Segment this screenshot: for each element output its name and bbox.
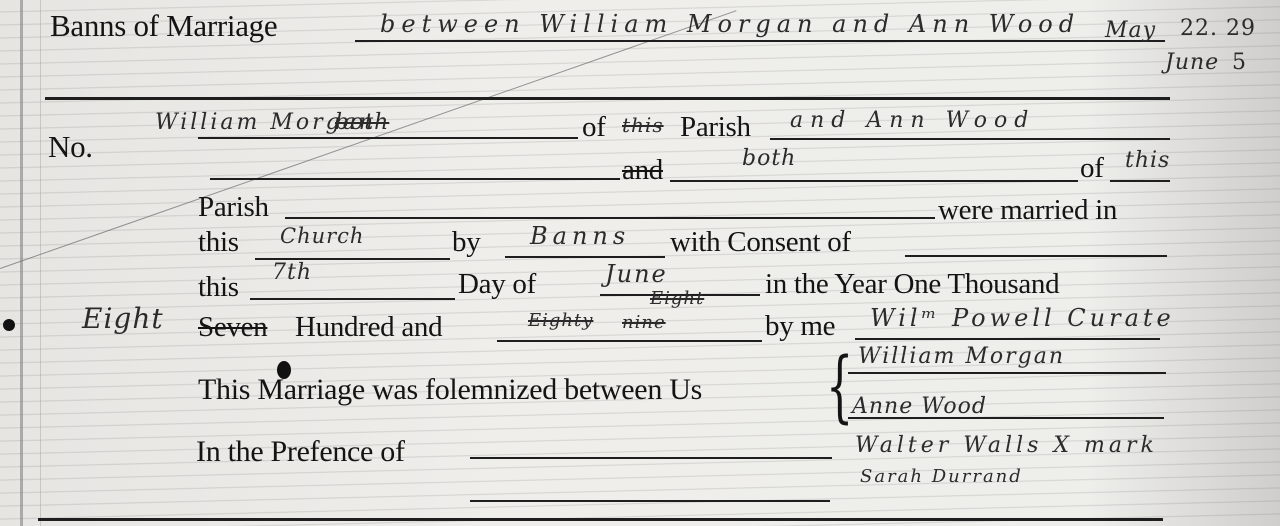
year-label: in the Year One Thousand bbox=[765, 270, 1059, 299]
parish-label: Parish bbox=[680, 113, 751, 142]
line2-rule-mid bbox=[670, 180, 1078, 182]
line2-rule-right bbox=[1110, 180, 1170, 182]
were-married-label: were married in bbox=[938, 196, 1117, 225]
groom-rule bbox=[198, 137, 578, 139]
day-rule bbox=[250, 298, 455, 300]
banns-method: Banns bbox=[530, 224, 630, 248]
witness-2: Sarah Durrand bbox=[860, 468, 1023, 486]
groom-sig-rule bbox=[848, 372, 1166, 374]
bride-sig-rule bbox=[848, 417, 1164, 419]
year-rule bbox=[497, 340, 762, 342]
presence-label: In the Prefence of bbox=[196, 437, 405, 467]
hundred-and-label: Hundred and bbox=[295, 313, 442, 342]
left-margin-rule-inner bbox=[40, 0, 41, 526]
line3-rule bbox=[285, 217, 935, 219]
bride-name: and Ann Wood bbox=[790, 110, 1035, 132]
consent-rule bbox=[905, 255, 1167, 257]
couple-brace: { bbox=[826, 348, 853, 426]
margin-note-eight: Eight bbox=[82, 305, 164, 333]
bride-rule bbox=[770, 138, 1170, 140]
struck-both: both bbox=[335, 112, 389, 134]
line2-rule-left bbox=[210, 178, 620, 180]
year-eight-above: Eight bbox=[650, 290, 704, 308]
banns-month-1: May bbox=[1105, 20, 1156, 42]
by-label: by bbox=[452, 228, 480, 257]
witness-rule-1 bbox=[470, 457, 832, 459]
margin-ink-dot bbox=[3, 319, 15, 331]
officiant-signature: Wilᵐ Powell Curate bbox=[870, 306, 1175, 330]
solemnized-label: This Marriage was folemnized between Us bbox=[198, 375, 702, 405]
bride-signature: Anne Wood bbox=[852, 396, 987, 418]
witness-1: Walter Walls X mark bbox=[855, 435, 1158, 457]
this-text: this bbox=[1125, 150, 1170, 172]
this-label: this bbox=[198, 228, 239, 257]
month-text: June bbox=[605, 262, 668, 286]
banns-title: Banns of Marriage bbox=[50, 10, 277, 41]
witness-rule-2 bbox=[470, 500, 830, 502]
banns-month-2: June bbox=[1165, 52, 1219, 74]
day-of-label: Day of bbox=[458, 270, 536, 299]
and-label: and bbox=[622, 156, 663, 185]
banns-names: between William Morgan and Ann Wood bbox=[380, 12, 1080, 36]
day-text: 7th bbox=[272, 262, 312, 284]
this-label-2: this bbox=[198, 273, 239, 302]
church-text: Church bbox=[280, 226, 364, 247]
consent-label: with Consent of bbox=[670, 228, 851, 257]
method-rule bbox=[505, 256, 665, 258]
banns-dates-2: 5 bbox=[1232, 52, 1247, 74]
entry-number-label: No. bbox=[48, 131, 93, 162]
entry-bottom-rule bbox=[38, 518, 1163, 521]
of-label: of bbox=[582, 113, 606, 142]
officiant-rule bbox=[855, 338, 1160, 340]
banns-dates-1: 22. 29 bbox=[1180, 18, 1256, 40]
left-margin-rule bbox=[20, 0, 23, 526]
struck-nine: nine bbox=[622, 314, 666, 332]
of-label-2: of bbox=[1080, 154, 1104, 183]
struck-eighty: Eighty bbox=[528, 312, 593, 330]
seven-label: Seven bbox=[198, 313, 267, 342]
groom-signature: William Morgan bbox=[858, 346, 1065, 368]
parish-label-2: Parish bbox=[198, 193, 269, 222]
struck-this: this bbox=[622, 115, 664, 135]
both-text: both bbox=[742, 148, 796, 170]
header-divider bbox=[45, 97, 1170, 100]
banns-rule bbox=[355, 40, 1165, 42]
by-me-label: by me bbox=[765, 312, 835, 341]
